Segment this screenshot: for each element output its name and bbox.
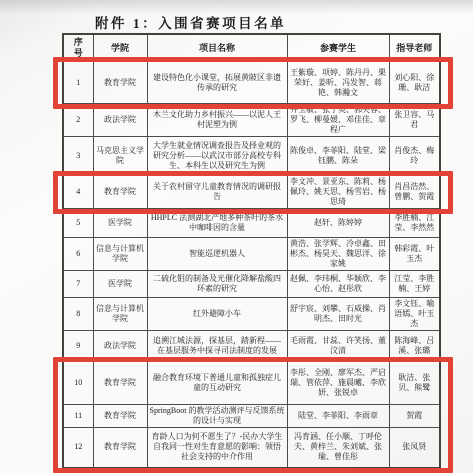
table-row: 3 马克思主义学院 大学生就业情况调查报告及择业观的研究分析——以武汉市部分高校… [63, 137, 440, 176]
cell-advisors: 李文钰、喻语嫣、叶玉杰 [389, 298, 440, 331]
table-row: 9 政法学院 追溯江城法源，探基层，踏新程——在基层服务中探寻司法制度的发展 毛… [63, 331, 440, 362]
cell-project: 智能巡逻机器人 [147, 238, 287, 271]
cell-students: 井玉敏、张子英、郭芙蓉、罗飞、柳曼媛、邓佳佳、章程广 [287, 104, 389, 137]
cell-no: 10 [63, 362, 93, 405]
cell-advisors: 肖俊杰、梅玲 [389, 137, 440, 176]
cell-no: 4 [63, 176, 93, 209]
screen: 附件 1：入围省赛项目名单 序号 学院 项目名称 参赛学生 指导老师 1 教育学… [0, 0, 473, 473]
cell-college: 教育学院 [93, 362, 147, 405]
projects-table: 序号 学院 项目名称 参赛学生 指导老师 1 教育学院 建设特色化小课堂，拓展黄… [62, 33, 441, 469]
table-row: 11 教育学院 SpringBoot 的教学活动测评与反馈系统的设计与实现 陆堂… [63, 405, 440, 428]
cell-project: 育龄人口为何不愿生了？-民办大学生自我同一性对生育意愿的影响：领悟社会支持的中介… [147, 428, 287, 468]
cell-college: 医学院 [93, 209, 147, 238]
cell-college: 政法学院 [93, 331, 147, 362]
cell-college: 教育学院 [93, 428, 147, 468]
cell-students: 毛雨霞、甘蕊、许笑扬、董汶清 [287, 331, 389, 362]
col-header-college: 学院 [93, 34, 147, 62]
cell-no: 2 [63, 104, 93, 137]
cell-college: 教育学院 [93, 176, 147, 209]
table-row: 12 教育学院 育龄人口为何不愿生了？-民办大学生自我同一性对生育意愿的影响：领… [63, 428, 440, 468]
cell-advisors: 张凤贤 [389, 428, 440, 468]
table-row: 2 政法学院 木兰文化助力乡村振兴——以泥人王村泥塑为例 井玉敏、张子英、郭芙蓉… [63, 104, 440, 137]
cell-no: 1 [63, 62, 93, 104]
cell-project: 建设特色化小课堂，拓展黄陂区非遗传承的研究 [147, 62, 287, 104]
col-header-advisors: 指导老师 [389, 34, 440, 62]
col-header-project: 项目名称 [147, 34, 287, 62]
cell-no: 9 [63, 331, 93, 362]
cell-project: 木兰文化助力乡村振兴——以泥人王村泥塑为例 [147, 104, 287, 137]
cell-no: 5 [63, 209, 93, 238]
cell-students: 陈俊卓、李菲阳、陆堂、梁钰鹏、陈朵 [287, 137, 389, 176]
cell-students: 冯育涵、任小顺、丁呼伦夫、黄梓兰、朱刘斌、张瑜、曾佳彤 [287, 428, 389, 468]
col-header-students: 参赛学生 [287, 34, 389, 62]
table-body: 1 教育学院 建设特色化小课堂，拓展黄陂区非遗传承的研究 王紫璇、项婷、陈丹丹、… [63, 62, 440, 468]
cell-no: 11 [63, 405, 93, 428]
table-row: 7 医学院 二硫化钼的制备及光催化降解盐酸四环素的研究 赵佩、李玮桐、华颖欣、李… [63, 271, 440, 298]
cell-project: 二硫化钼的制备及光催化降解盐酸四环素的研究 [147, 271, 287, 298]
cell-project: 大学生就业情况调查报告及择业观的研究分析——以武汉市部分高校专科生、本科生以及研… [147, 137, 287, 176]
col-header-no: 序号 [63, 34, 93, 62]
cell-project: 红外避障小车 [147, 298, 287, 331]
cell-no: 7 [63, 271, 93, 298]
cell-advisors: 韩彩霞、叶玉杰 [389, 238, 440, 271]
cell-project: 追溯江城法源，探基层，踏新程——在基层服务中探寻司法制度的发展 [147, 331, 287, 362]
cell-advisors: 江莹、李胜楠、王婷 [389, 271, 440, 298]
table-row: 5 医学院 HHPLC 法测湖北产地多种茶叶的茶水中咖啡因的含量 赵轩、陈婷婷 … [63, 209, 440, 238]
cell-project: SpringBoot 的教学活动测评与反馈系统的设计与实现 [147, 405, 287, 428]
cell-no: 8 [63, 298, 93, 331]
cell-advisors: 肖昌浩然、曾鹏、贺霞 [389, 176, 440, 209]
table-row: 8 信息与计算机学院 红外避障小车 舒宇宸、刘攀、石威操、肖明杰、田时光 李文钰… [63, 298, 440, 331]
table-row: 10 教育学院 融合教育环境下普通儿童和孤独症儿童的互动研究 李彤、全刚、廖军杰… [63, 362, 440, 405]
cell-no: 3 [63, 137, 93, 176]
cell-project: 融合教育环境下普通儿童和孤独症儿童的互动研究 [147, 362, 287, 405]
cell-students: 王紫璇、项婷、陈丹丹、栗荣好、姜昕、冯发智、蒋艳、韩瀚文 [287, 62, 389, 104]
cell-project: HHPLC 法测湖北产地多种茶叶的茶水中咖啡因的含量 [147, 209, 287, 238]
cell-students: 赵佩、李玮桐、华颖欣、李心怡、赵彤欣 [287, 271, 389, 298]
cell-project: 关于农村留守儿童教育情况的调研报告 [147, 176, 287, 209]
cell-advisors: 耿洁、张贝、熊鹭 [389, 362, 440, 405]
cell-students: 黄浩、张学辉、冷卓鑫、田彬杰、杨昊天、魏思洋、徐家姚 [287, 238, 389, 271]
cell-college: 教育学院 [93, 62, 147, 104]
cell-no: 6 [63, 238, 93, 271]
table-header-row: 序号 学院 项目名称 参赛学生 指导老师 [63, 34, 440, 62]
cell-students: 赵轩、陈婷婷 [287, 209, 389, 238]
cell-college: 信息与计算机学院 [93, 238, 147, 271]
cell-students: 李文冲、景亚东、陈莉、杨佩玲、姚天思、杨雪岩、杨思琦 [287, 176, 389, 209]
cell-college: 政法学院 [93, 104, 147, 137]
cell-advisors: 李胜楠、江莹、李然然 [389, 209, 440, 238]
cell-advisors: 刘心阳、徐珊、耿洁 [389, 62, 440, 104]
table-row: 6 信息与计算机学院 智能巡逻机器人 黄浩、张学辉、冷卓鑫、田彬杰、杨昊天、魏思… [63, 238, 440, 271]
cell-advisors: 贺霞 [389, 405, 440, 428]
cell-students: 李彤、全刚、廖军杰、严启瑞、管依萍、施晨曦、李欣妍、张锐卓 [287, 362, 389, 405]
cell-college: 马克思主义学院 [93, 137, 147, 176]
table-row: 4 教育学院 关于农村留守儿童教育情况的调研报告 李文冲、景亚东、陈莉、杨佩玲、… [63, 176, 440, 209]
cell-no: 12 [63, 428, 93, 468]
cell-students: 舒宇宸、刘攀、石威操、肖明杰、田时光 [287, 298, 389, 331]
page-title: 附件 1：入围省赛项目名单 [95, 12, 286, 32]
cell-advisors: 张卫容、马君 [389, 104, 440, 137]
table-row: 1 教育学院 建设特色化小课堂，拓展黄陂区非遗传承的研究 王紫璇、项婷、陈丹丹、… [63, 62, 440, 104]
cell-college: 教育学院 [93, 405, 147, 428]
cell-advisors: 陈海峰、吕溪、张璐 [389, 331, 440, 362]
cell-college: 信息与计算机学院 [93, 298, 147, 331]
cell-students: 陆堂、李菲阳、李雨章 [287, 405, 389, 428]
cell-college: 医学院 [93, 271, 147, 298]
